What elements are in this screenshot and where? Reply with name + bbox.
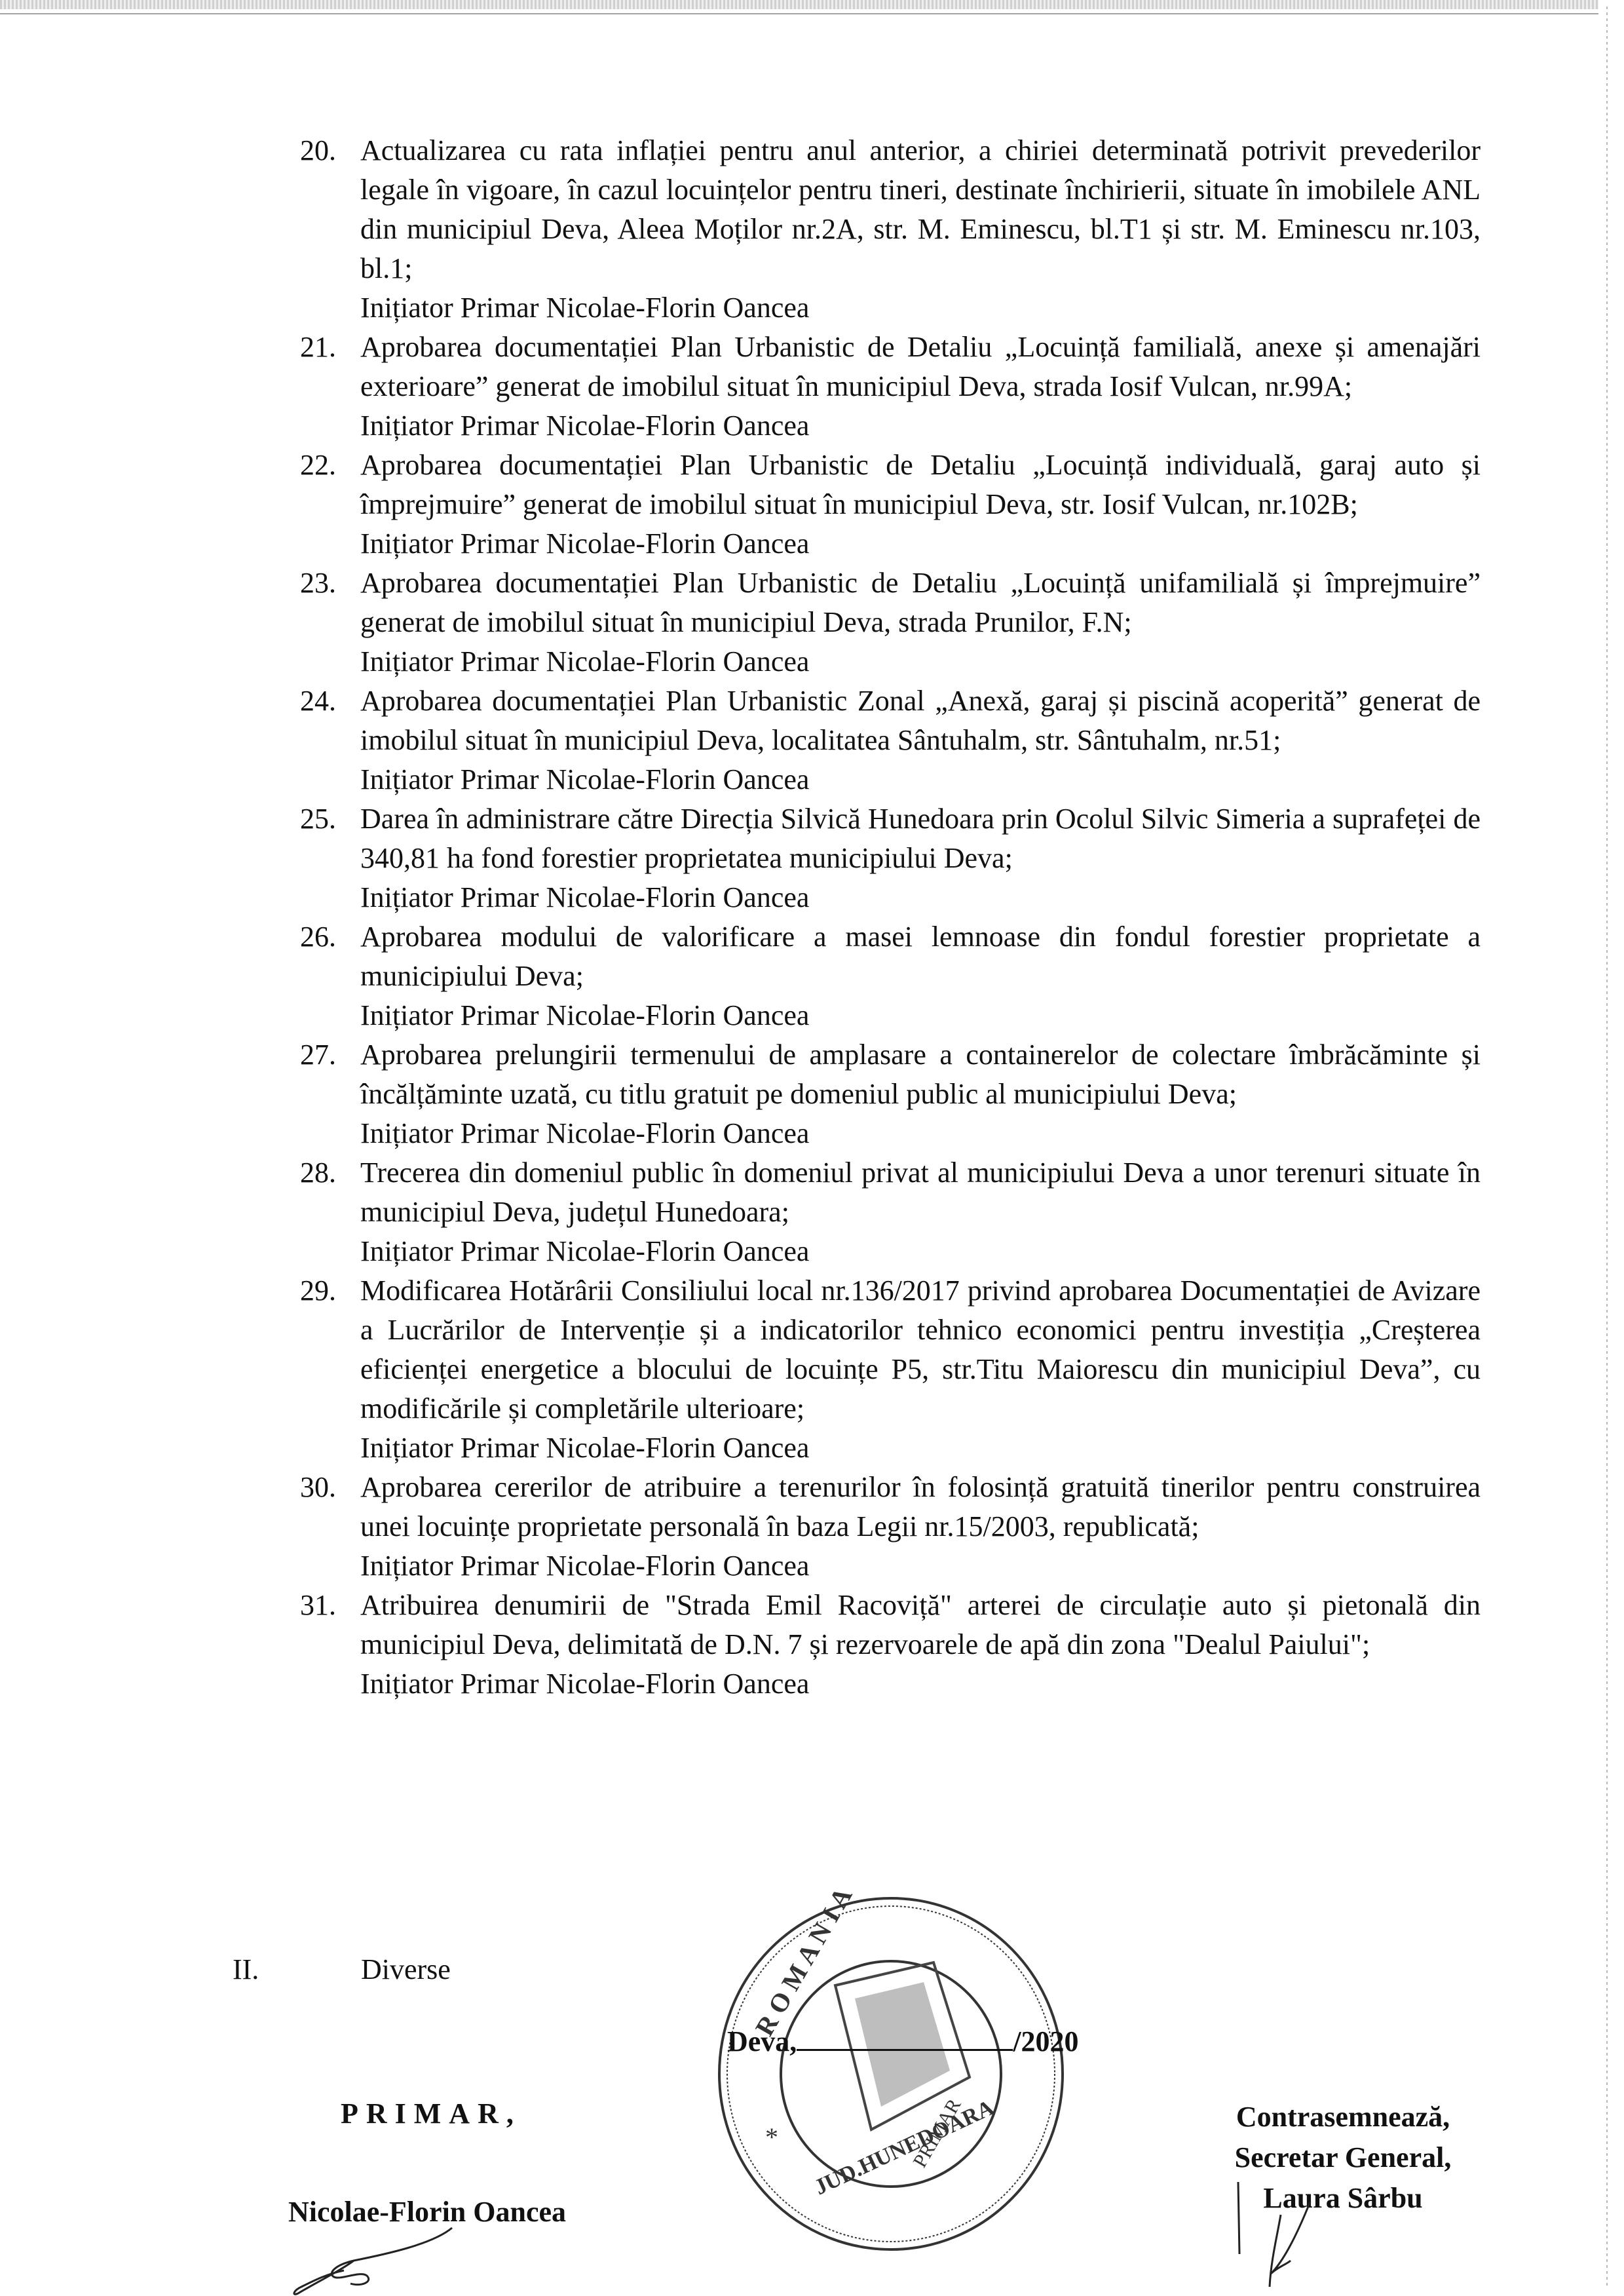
agenda-item-number: 23. [300,564,359,603]
agenda-item: 31.Atribuirea denumirii de "Strada Emil … [300,1586,1481,1704]
official-stamp-icon: R O M A N I A JUD.HUNEDOARA PRIMAR * [708,1887,1074,2254]
agenda-item: 29.Modificarea Hotărârii Consiliului loc… [300,1271,1481,1468]
agenda-item-text: Aprobarea documentației Plan Urbanistic … [360,446,1481,524]
agenda-item: 23.Aprobarea documentației Plan Urbanist… [300,564,1481,681]
agenda-item-text: Aprobarea documentației Plan Urbanistic … [360,328,1481,406]
agenda-item: 24.Aprobarea documentației Plan Urbanist… [300,681,1481,799]
agenda-item-text: Trecerea din domeniul public în domeniul… [360,1153,1481,1232]
agenda-item-initiator: Inițiator Primar Nicolae-Florin Oancea [360,1428,1481,1468]
agenda-item-number: 27. [300,1035,359,1075]
agenda-item-initiator: Inițiator Primar Nicolae-Florin Oancea [360,996,1481,1035]
agenda-item-initiator: Inițiator Primar Nicolae-Florin Oancea [360,288,1481,328]
agenda-item-number: 20. [300,131,359,170]
agenda-item: 28.Trecerea din domeniul public în domen… [300,1153,1481,1271]
agenda-item-initiator: Inițiator Primar Nicolae-Florin Oancea [360,760,1481,799]
agenda-item-text: Aprobarea modului de valorificare a mase… [360,917,1481,996]
agenda-item-number: 29. [300,1271,359,1311]
agenda-item-text: Actualizarea cu rata inflației pentru an… [360,131,1481,288]
agenda-item-number: 28. [300,1153,359,1193]
document-date: Deva,/2020 [727,2025,1079,2058]
agenda-item-number: 26. [300,917,359,957]
agenda-item: 20.Actualizarea cu rata inflației pentru… [300,131,1481,328]
agenda-item-text: Aprobarea documentației Plan Urbanistic … [360,564,1481,642]
svg-text:*: * [765,2122,778,2152]
section-diverse: II.Diverse [233,1950,451,1989]
scan-edge-band [0,0,1598,9]
agenda-list: 20.Actualizarea cu rata inflației pentru… [300,131,1481,1704]
agenda-item-text: Aprobarea cererilor de atribuire a teren… [360,1468,1481,1546]
countersign-label: Contrasemnează, [1205,2097,1481,2137]
agenda-item: 21.Aprobarea documentației Plan Urbanist… [300,328,1481,446]
agenda-item-text: Aprobarea documentației Plan Urbanistic … [360,681,1481,760]
scan-edge-line [0,13,1598,14]
section-number: II. [233,1950,361,1989]
secretary-title: Secretar General, [1205,2137,1481,2178]
agenda-item-text: Aprobarea prelungirii termenului de ampl… [360,1035,1481,1114]
agenda-item: 30.Aprobarea cererilor de atribuire a te… [300,1468,1481,1586]
agenda-item-initiator: Inițiator Primar Nicolae-Florin Oancea [360,1232,1481,1271]
section-title: Diverse [361,1953,451,1985]
date-place: Deva, [727,2025,797,2057]
agenda-item-initiator: Inițiator Primar Nicolae-Florin Oancea [360,878,1481,917]
agenda-item-text: Modificarea Hotărârii Consiliului local … [360,1271,1481,1428]
agenda-item-text: Atribuirea denumirii de "Strada Emil Rac… [360,1586,1481,1664]
agenda-item-initiator: Inițiator Primar Nicolae-Florin Oancea [360,1664,1481,1704]
agenda-item-number: 25. [300,799,359,839]
agenda-item-number: 21. [300,328,359,367]
scan-right-edge [1606,7,1608,2287]
agenda-item: 26.Aprobarea modului de valorificare a m… [300,917,1481,1035]
agenda-item-number: 31. [300,1586,359,1625]
agenda-item: 27.Aprobarea prelungirii termenului de a… [300,1035,1481,1153]
mayor-signature-icon [288,2225,485,2296]
handwritten-date-blank [797,2028,1013,2051]
mayor-name: Nicolae-Florin Oancea [288,2195,566,2229]
agenda-item-text: Darea în administrare către Direcția Sil… [360,799,1481,878]
secretary-signature-icon [1232,2175,1363,2293]
mayor-title: PRIMAR, [341,2097,521,2130]
agenda-item-initiator: Inițiator Primar Nicolae-Florin Oancea [360,1546,1481,1586]
agenda-item: 25.Darea în administrare către Direcția … [300,799,1481,917]
agenda-item-number: 22. [300,446,359,485]
agenda-item-initiator: Inițiator Primar Nicolae-Florin Oancea [360,1114,1481,1153]
agenda-item-initiator: Inițiator Primar Nicolae-Florin Oancea [360,524,1481,564]
agenda-item-initiator: Inițiator Primar Nicolae-Florin Oancea [360,642,1481,681]
agenda-item-initiator: Inițiator Primar Nicolae-Florin Oancea [360,406,1481,446]
agenda-item: 22.Aprobarea documentației Plan Urbanist… [300,446,1481,564]
agenda-item-number: 24. [300,681,359,721]
agenda-item-number: 30. [300,1468,359,1507]
date-year: /2020 [1013,2025,1078,2057]
svg-text:R O M A N I A: R O M A N I A [749,1887,858,2041]
